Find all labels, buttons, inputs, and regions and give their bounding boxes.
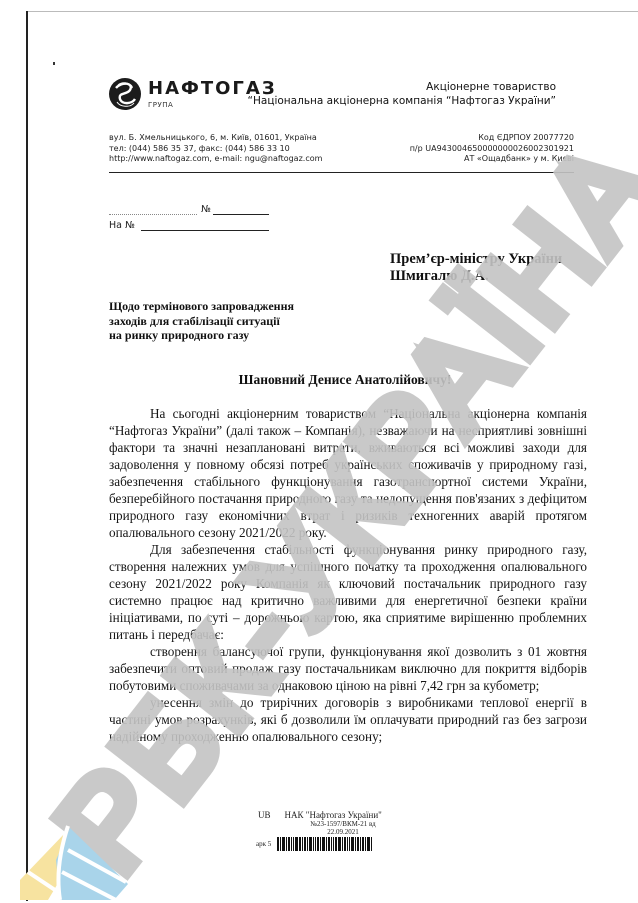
edrpou-code: Код ЄДРПОУ 20077720: [410, 133, 574, 144]
web-email: http://www.naftogaz.com, e-mail: ngu@naf…: [109, 154, 322, 165]
bank-name: АТ «Ощадбанк» у м. Києві: [410, 154, 574, 165]
stamp-reg-number: №23-1597/ВКМ-21 вд: [288, 820, 398, 828]
date-blank: [109, 204, 197, 215]
reply-blank: [141, 220, 269, 231]
stamp-date: 22.09.2021: [288, 828, 398, 836]
company-name-block: Акціонерне товариство “Національна акціо…: [248, 80, 556, 108]
number-label: №: [201, 204, 211, 215]
list-item: створення балансуючої групи, функціонува…: [109, 643, 587, 694]
bank-details: Код ЄДРПОУ 20077720 п/р UA94300465000000…: [410, 133, 574, 165]
outgoing-number-row: №: [109, 199, 269, 215]
company-full-name: “Національна акціонерна компанія “Нафтог…: [248, 94, 556, 108]
subject-line: Щодо термінового запровадження: [109, 299, 294, 314]
list-item: унесення змін до трирічних договорів з в…: [109, 694, 587, 745]
scan-artifact: [53, 62, 55, 65]
phones: тел: (044) 586 35 37, факс: (044) 586 33…: [109, 144, 322, 155]
addressee: Прем’єр-міністру України Шмигалю Д.А.: [390, 251, 562, 285]
barcode: [277, 837, 373, 851]
address: вул. Б. Хмельницького, 6, м. Київ, 01601…: [109, 133, 322, 144]
addressee-name: Шмигалю Д.А.: [390, 268, 562, 285]
scan-edge-left: [26, 11, 28, 901]
number-blank: [213, 204, 269, 215]
stamp-code: UB: [258, 810, 271, 820]
stamp-sheets: арк 5: [256, 840, 271, 848]
subject: Щодо термінового запровадження заходів д…: [109, 299, 294, 343]
salutation: Шановний Денисе Анатолійовичу!: [0, 372, 638, 388]
letter-body: На сьогодні акціонерним товариством “Нац…: [109, 405, 587, 745]
registry-stamp: UB НАК "Нафтогаз України" №23-1597/ВКМ-2…: [258, 810, 398, 851]
letterhead-divider: [109, 172, 574, 173]
company-type: Акціонерне товариство: [248, 80, 556, 94]
scan-edge-top: [27, 11, 638, 12]
rbc-logo-icon: [18, 820, 138, 900]
addressee-title: Прем’єр-міністру України: [390, 251, 562, 268]
stamp-org: НАК "Нафтогаз України": [285, 810, 382, 820]
naftogaz-swirl-icon: [108, 77, 142, 111]
reply-number-row: На №: [109, 215, 269, 231]
bank-account: п/р UA943004650000000026002301921: [410, 144, 574, 155]
contact-info: вул. Б. Хмельницького, 6, м. Київ, 01601…: [109, 133, 322, 165]
reply-label: На №: [109, 220, 135, 231]
registration-fields: № На №: [109, 199, 269, 231]
paragraph: Для забезпечення стабільності функціонув…: [109, 541, 587, 643]
paragraph: На сьогодні акціонерним товариством “Нац…: [109, 405, 587, 541]
subject-line: заходів для стабілізації ситуації: [109, 314, 294, 329]
subject-line: на ринку природного газу: [109, 328, 294, 343]
